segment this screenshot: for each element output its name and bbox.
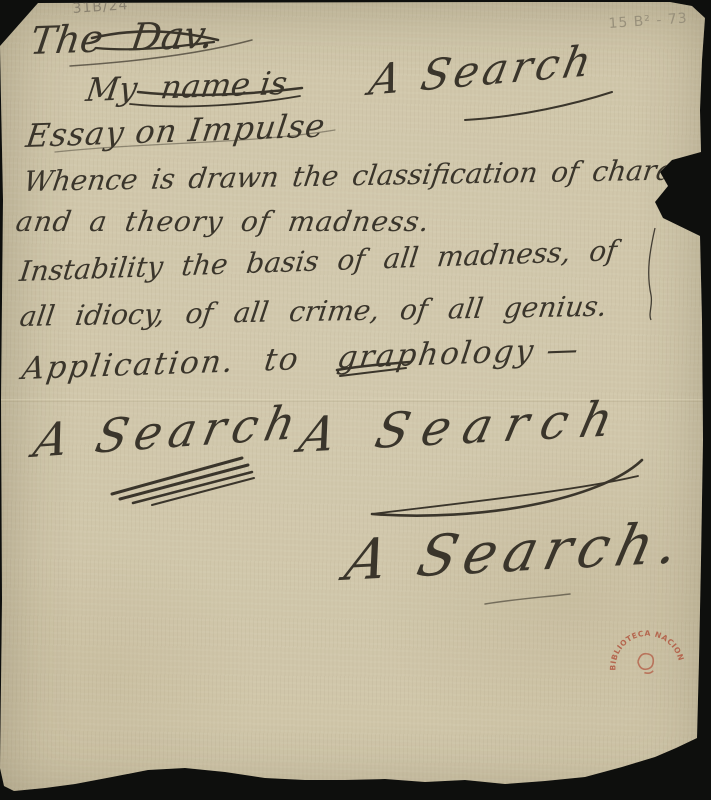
scanned-page: 31B/24 15 B² - 73 The Dav. My name is A … xyxy=(0,0,711,800)
heading-word-the: The xyxy=(28,16,106,63)
body-line-4: all idiocy, of all crime, of all genius. xyxy=(18,293,609,331)
heading-word-my: My xyxy=(84,69,140,109)
body-line-3: Instability the basis of all madness, of xyxy=(18,237,618,286)
manuscript-paper: 31B/24 15 B² - 73 The Dav. My name is A … xyxy=(0,0,711,800)
body-line-2: and a theory of madness. xyxy=(14,208,432,236)
flourish-signature-middle-2 xyxy=(372,476,638,514)
flourish-signature-left-4 xyxy=(152,478,254,505)
pencil-mark-top-left: 31B/24 xyxy=(72,0,129,17)
underline-signature-bottom xyxy=(485,594,570,604)
flourish-signature-left-1 xyxy=(112,458,242,494)
struck-word-to: to xyxy=(262,341,302,378)
application-word: Application. xyxy=(20,343,238,387)
signature-bottom: A Search. xyxy=(340,516,691,590)
pencil-mark-top-right: 15 B² - 73 xyxy=(608,10,688,31)
stamp-text: BIBLIOTECA NACIONAL xyxy=(590,609,686,679)
graphology-word: graphology — xyxy=(335,331,582,376)
flourish-signature-left-2 xyxy=(120,465,248,499)
essay-title: Essay on Impulse xyxy=(24,109,328,152)
flourish-signature-left-3 xyxy=(133,472,252,503)
signature-middle: A Search xyxy=(295,394,630,460)
body-line-1: Whence is drawn the classification of ch… xyxy=(22,156,711,196)
stamp-emblem-icon xyxy=(637,652,656,675)
flourish-signature-top xyxy=(465,92,612,120)
struck-word-name-is: name is xyxy=(159,64,290,107)
flourish-signature-middle-1 xyxy=(372,460,642,516)
signature-left: A Search xyxy=(30,399,307,464)
heading-line-1: The Dav. xyxy=(28,15,216,60)
heading-line-2: My name is xyxy=(84,67,289,106)
paper-crack xyxy=(649,228,655,320)
library-stamp: BIBLIOTECA NACIONAL xyxy=(590,609,702,713)
application-line: Application. to graphology — xyxy=(20,334,582,385)
struck-word-dav: Dav. xyxy=(128,12,216,59)
svg-text:BIBLIOTECA NACIONAL: BIBLIOTECA NACIONAL xyxy=(590,609,686,679)
signature-top: A Search xyxy=(366,40,598,102)
